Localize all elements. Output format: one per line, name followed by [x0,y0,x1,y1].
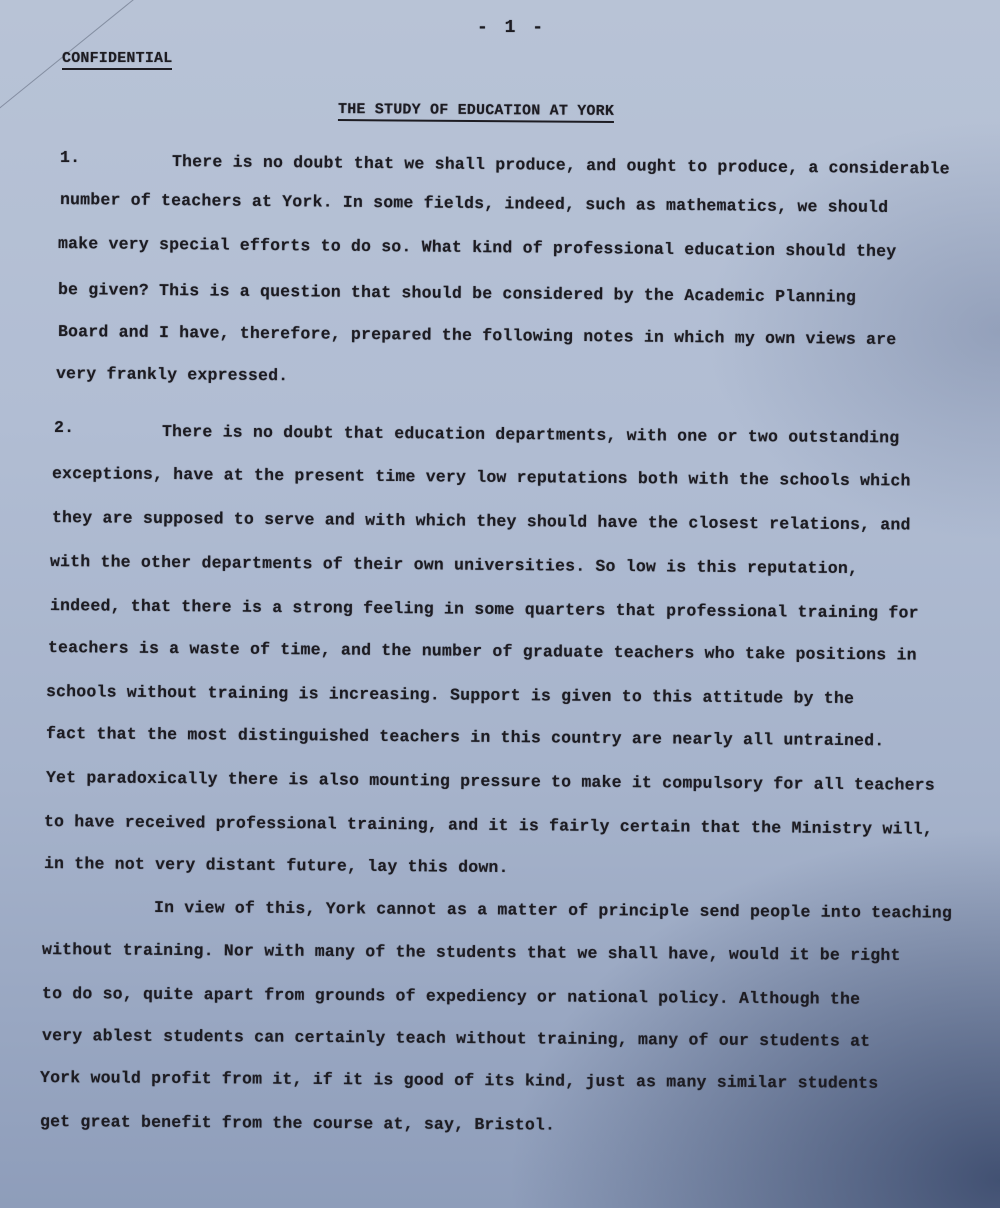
text-line: get great benefit from the course at, sa… [40,1112,555,1135]
page-number: - 1 - [477,18,546,38]
text-line: York would profit from it, if it is good… [40,1068,879,1093]
text-line: very ablest students can certainly teach… [42,1026,870,1051]
text-line: There is no doubt that education departm… [162,422,900,447]
paragraph-number: 1. [60,148,80,167]
text-line: In view of this, York cannot as a matter… [154,898,952,923]
text-line: to do so, quite apart from grounds of ex… [42,984,860,1009]
document-title: THE STUDY OF EDUCATION AT YORK [338,101,614,123]
text-line: with the other departments of their own … [50,552,858,578]
text-line: number of teachers at York. In some fiel… [60,190,888,217]
text-line: There is no doubt that we shall produce,… [172,152,950,178]
text-line: indeed, that there is a strong feeling i… [50,596,919,623]
paragraph-number: 2. [54,418,74,437]
text-line: fact that the most distinguished teacher… [46,724,885,750]
text-line: Board and I have, therefore, prepared th… [58,322,897,349]
text-line: without training. Nor with many of the s… [42,940,901,965]
text-line: be given? This is a question that should… [58,280,856,307]
text-line: very frankly expressed. [56,364,289,385]
text-line: exceptions, have at the present time ver… [52,464,911,490]
text-line: schools without training is increasing. … [46,682,854,708]
text-line: in the not very distant future, lay this… [44,854,509,877]
classification-label: CONFIDENTIAL [62,50,172,70]
text-line: teachers is a waste of time, and the num… [48,638,917,665]
text-line: make very special efforts to do so. What… [58,234,897,261]
text-line: to have received professional training, … [44,812,933,839]
text-line: Yet paradoxically there is also mounting… [46,768,935,795]
text-line: they are supposed to serve and with whic… [52,508,911,534]
